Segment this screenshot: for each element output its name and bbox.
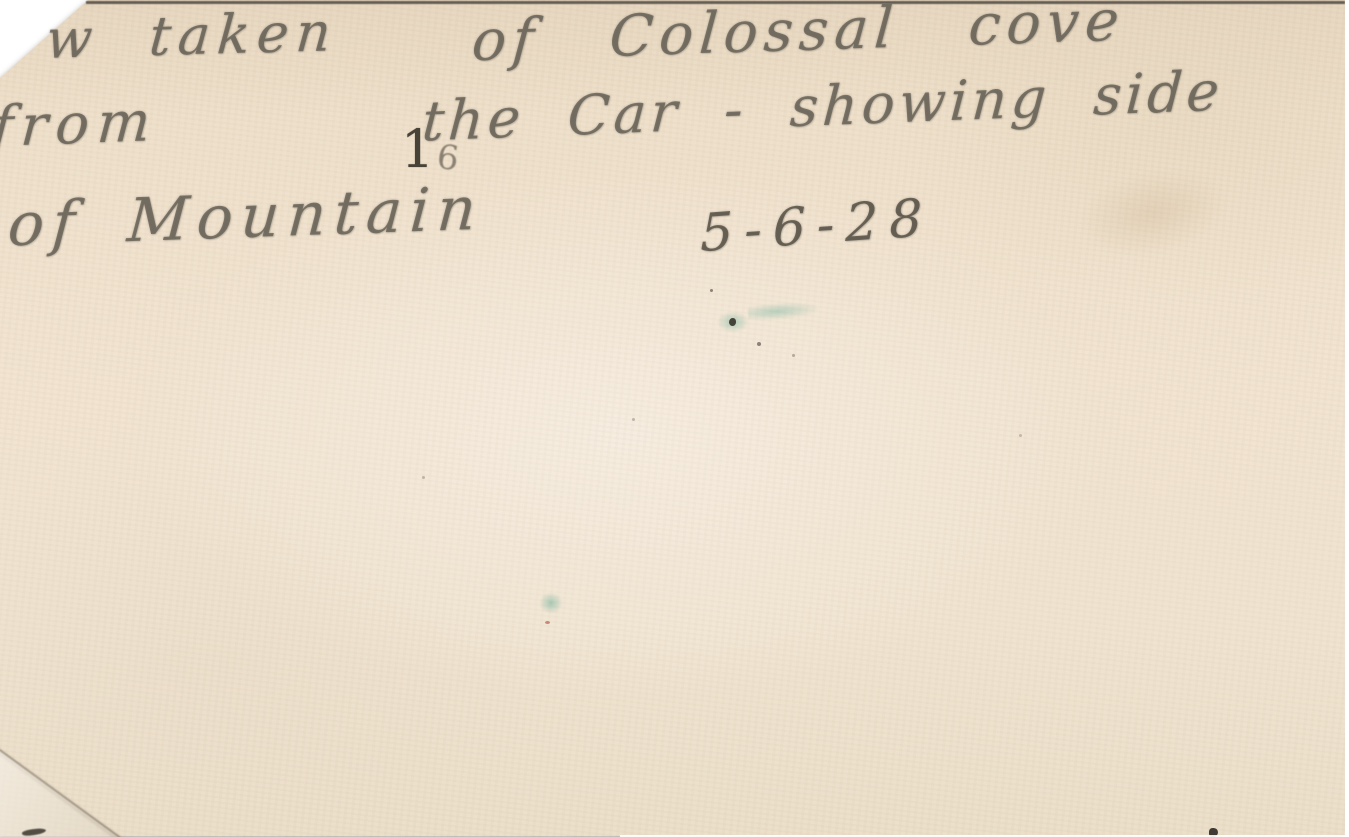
stamp-digit-1: 1 [401, 124, 434, 176]
number-stamp: 16 [401, 124, 459, 176]
photo-verso-scan: w taken of Colossal cove from the Car - … [0, 0, 1349, 837]
scan-right-edge [1345, 0, 1349, 837]
handwriting-line1-part1: w taken [44, 0, 341, 71]
handwriting-line2-part1: from [0, 89, 161, 160]
stamp-digit-6: 6 [435, 140, 461, 177]
